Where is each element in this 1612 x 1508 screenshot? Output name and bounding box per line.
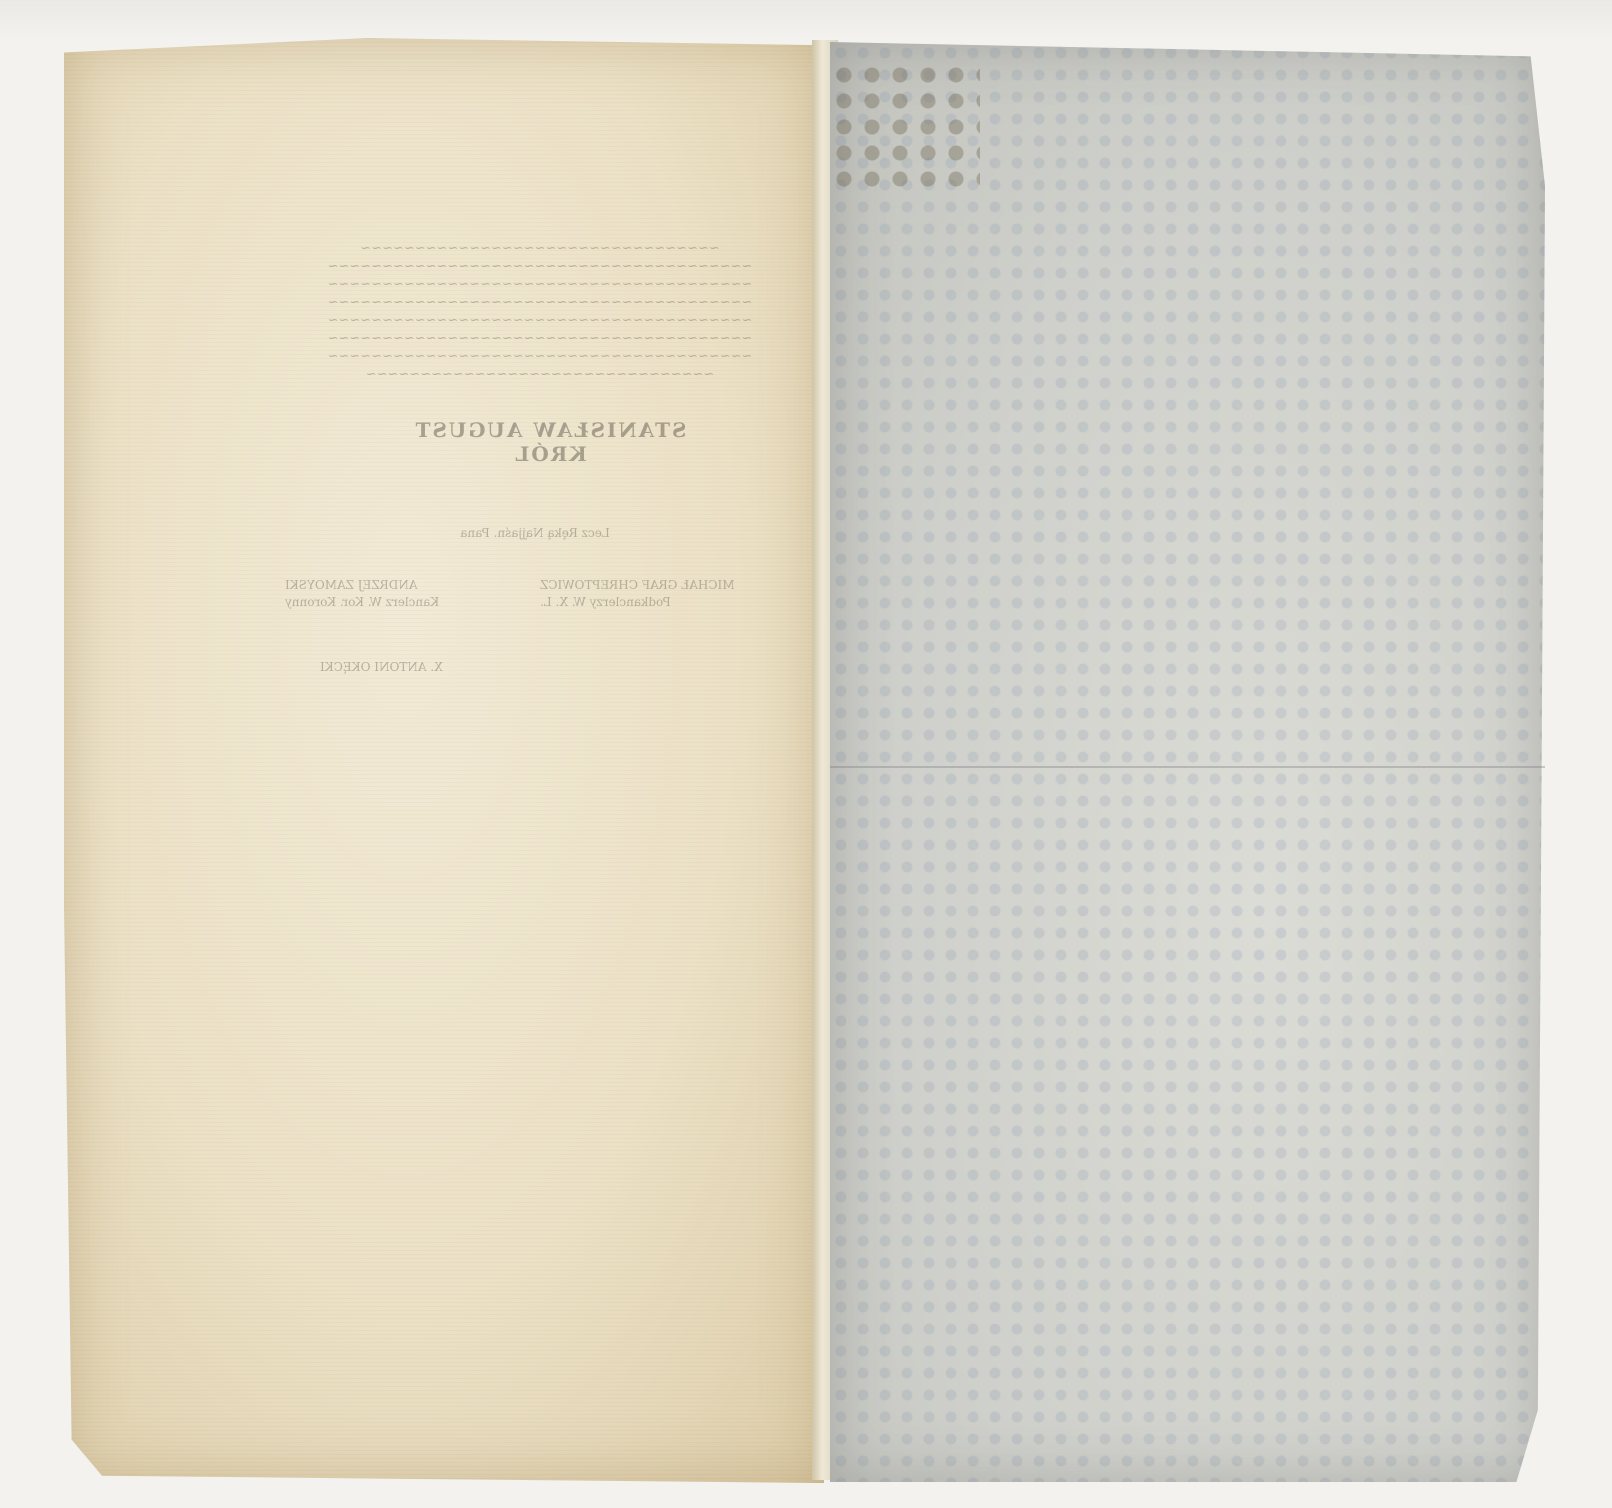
bleed-through-text-block: ~~~~~~~~~~~~~~~~~~~~~~~~~~~~~~~~~~~~~~~~… (275, 240, 805, 384)
faint-line: Lecz Ręką Najjaśn. Pana (285, 526, 785, 540)
signature-1: ANDRZEJ ZAMOYSKI (285, 578, 418, 592)
signature-2: MICHAŁ GRAF CHREPTOWICZ (540, 578, 735, 592)
horizontal-crease (830, 766, 1545, 768)
right-page-patterned-paper (830, 42, 1545, 1482)
document-title-mirrored: STANISŁAW AUGUST KRÓL (400, 418, 700, 466)
background (0, 0, 1612, 40)
signature-3: X. ANTONI OKĘCKI (320, 660, 443, 674)
signature-2-role: Podkanclerzy W. X. L. (540, 595, 671, 609)
signature-1-role: Kanclerz W. Kor. Koronny (285, 595, 439, 609)
stain-marks (830, 62, 980, 192)
